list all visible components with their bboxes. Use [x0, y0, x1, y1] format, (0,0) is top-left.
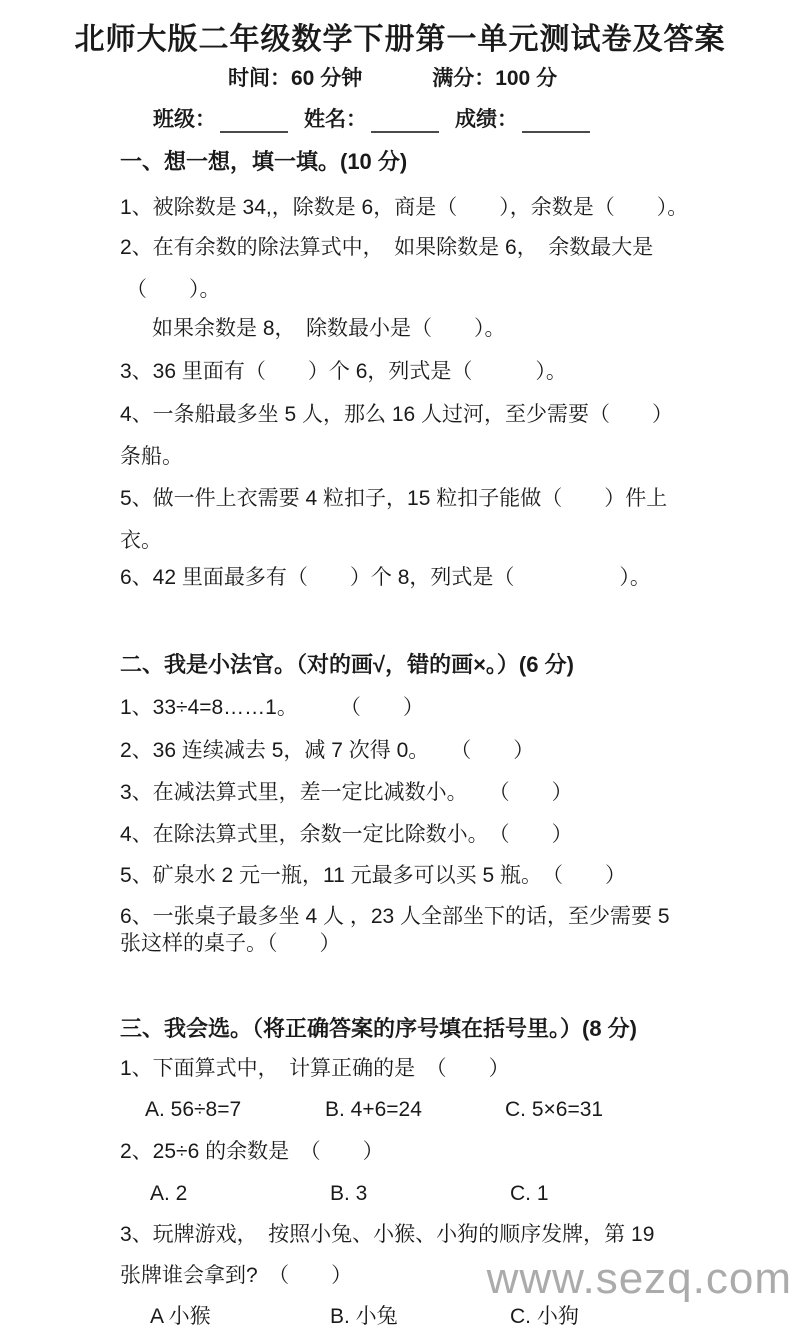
s2-q2: 2、36 连续减去 5，减 7 次得 0。 （ ） — [120, 737, 534, 765]
section3-heading: 三、我会选。（将正确答案的序号填在括号里。）(8 分) — [120, 1012, 637, 1043]
s3-q3-line1: 3、玩牌游戏， 按照小兔、小猴、小狗的顺序发牌，第 19 — [120, 1221, 654, 1249]
s2-q4: 4、在除法算式里，余数一定比除数小。 （ ） — [120, 821, 573, 849]
s1-q1: 1、被除数是 34,，除数是 6，商是（ ），余数是（ ）。 — [120, 194, 688, 222]
section1-heading: 一、想一想，填一填。(10 分) — [120, 145, 407, 176]
s3-q3-line2: 张牌谁会拿到? （ ） — [120, 1262, 352, 1290]
s2-q5: 5、矿泉水 2 元一瓶，11 元最多可以买 5 瓶。 （ ） — [120, 862, 626, 890]
site-watermark: www.sezq.com — [487, 1254, 792, 1304]
s3-q2: 2、25÷6 的余数是 （ ） — [120, 1138, 384, 1166]
s3-q3-options: A 小猴 B. 小兔 C. 小狗 — [150, 1303, 690, 1331]
s2-q3: 3、在减法算式里，差一定比减数小。 （ ） — [120, 779, 573, 807]
s2-q1: 1、33÷4=8……1。 （ ） — [120, 694, 424, 722]
name-blank-line — [371, 111, 439, 133]
s1-q2-line1: 2、在有余数的除法算式中， 如果除数是 6， 余数最大是 — [120, 234, 653, 262]
section2-heading: 二、我是小法官。（对的画√，错的画×。）(6 分) — [120, 648, 574, 679]
test-paper-page: 北师大版二年级数学下册第一单元测试卷及答案 时间：60 分钟 满分：100 分 … — [0, 0, 800, 1335]
s3-q1-option-a: A. 56÷8=7 — [145, 1096, 325, 1124]
name-label: 姓名： — [304, 103, 367, 133]
s1-q6: 6、42 里面最多有（ ）个 8，列式是（ ）。 — [120, 564, 651, 592]
s3-q1-option-b: B. 4+6=24 — [325, 1096, 505, 1124]
s1-q4-line1: 4、一条船最多坐 5 人，那么 16 人过河，至少需要（ ） — [120, 401, 673, 429]
s3-q3-option-c: C. 小狗 — [510, 1303, 690, 1331]
s3-q2-option-c: C. 1 — [510, 1180, 690, 1208]
s3-q3-option-a: A 小猴 — [150, 1303, 330, 1331]
full-score: 满分：100 分 — [432, 62, 557, 92]
s3-q1-options: A. 56÷8=7 B. 4+6=24 C. 5×6=31 — [145, 1096, 685, 1124]
s2-q6-line2: 张这样的桌子。（ ） — [120, 930, 341, 958]
s1-q5-line2: 衣。 — [120, 527, 162, 555]
s3-q3-option-b: B. 小兔 — [330, 1303, 510, 1331]
s2-q6-line1: 6、一张桌子最多坐 4 人 ，23 人全部坐下的话，至少需要 5 — [120, 903, 670, 931]
s1-q2-line2: （ ）。 — [126, 276, 221, 304]
s3-q2-option-b: B. 3 — [330, 1180, 510, 1208]
s1-q5-line1: 5、做一件上衣需要 4 粒扣子，15 粒扣子能做（ ）件上 — [120, 485, 667, 513]
s3-q2-options: A. 2 B. 3 C. 1 — [150, 1180, 690, 1208]
class-label: 班级： — [153, 103, 216, 133]
s3-q2-option-a: A. 2 — [150, 1180, 330, 1208]
page-title: 北师大版二年级数学下册第一单元测试卷及答案 — [0, 14, 800, 58]
class-blank-line — [220, 111, 288, 133]
score-label: 成绩： — [455, 103, 518, 133]
student-info-row: 班级： 姓名： 成绩： — [153, 103, 590, 133]
s1-q4-line2: 条船。 — [120, 443, 183, 471]
s3-q1: 1、下面算式中， 计算正确的是 （ ） — [120, 1055, 510, 1083]
s1-q2-line3: 如果余数是 8， 除数最小是（ ）。 — [152, 315, 506, 343]
paper-meta: 时间：60 分钟 满分：100 分 — [228, 62, 557, 92]
time-limit: 时间：60 分钟 — [228, 62, 362, 92]
s1-q3: 3、36 里面有（ ）个 6，列式是（ ）。 — [120, 358, 567, 386]
s3-q1-option-c: C. 5×6=31 — [505, 1096, 685, 1124]
score-blank-line — [522, 111, 590, 133]
